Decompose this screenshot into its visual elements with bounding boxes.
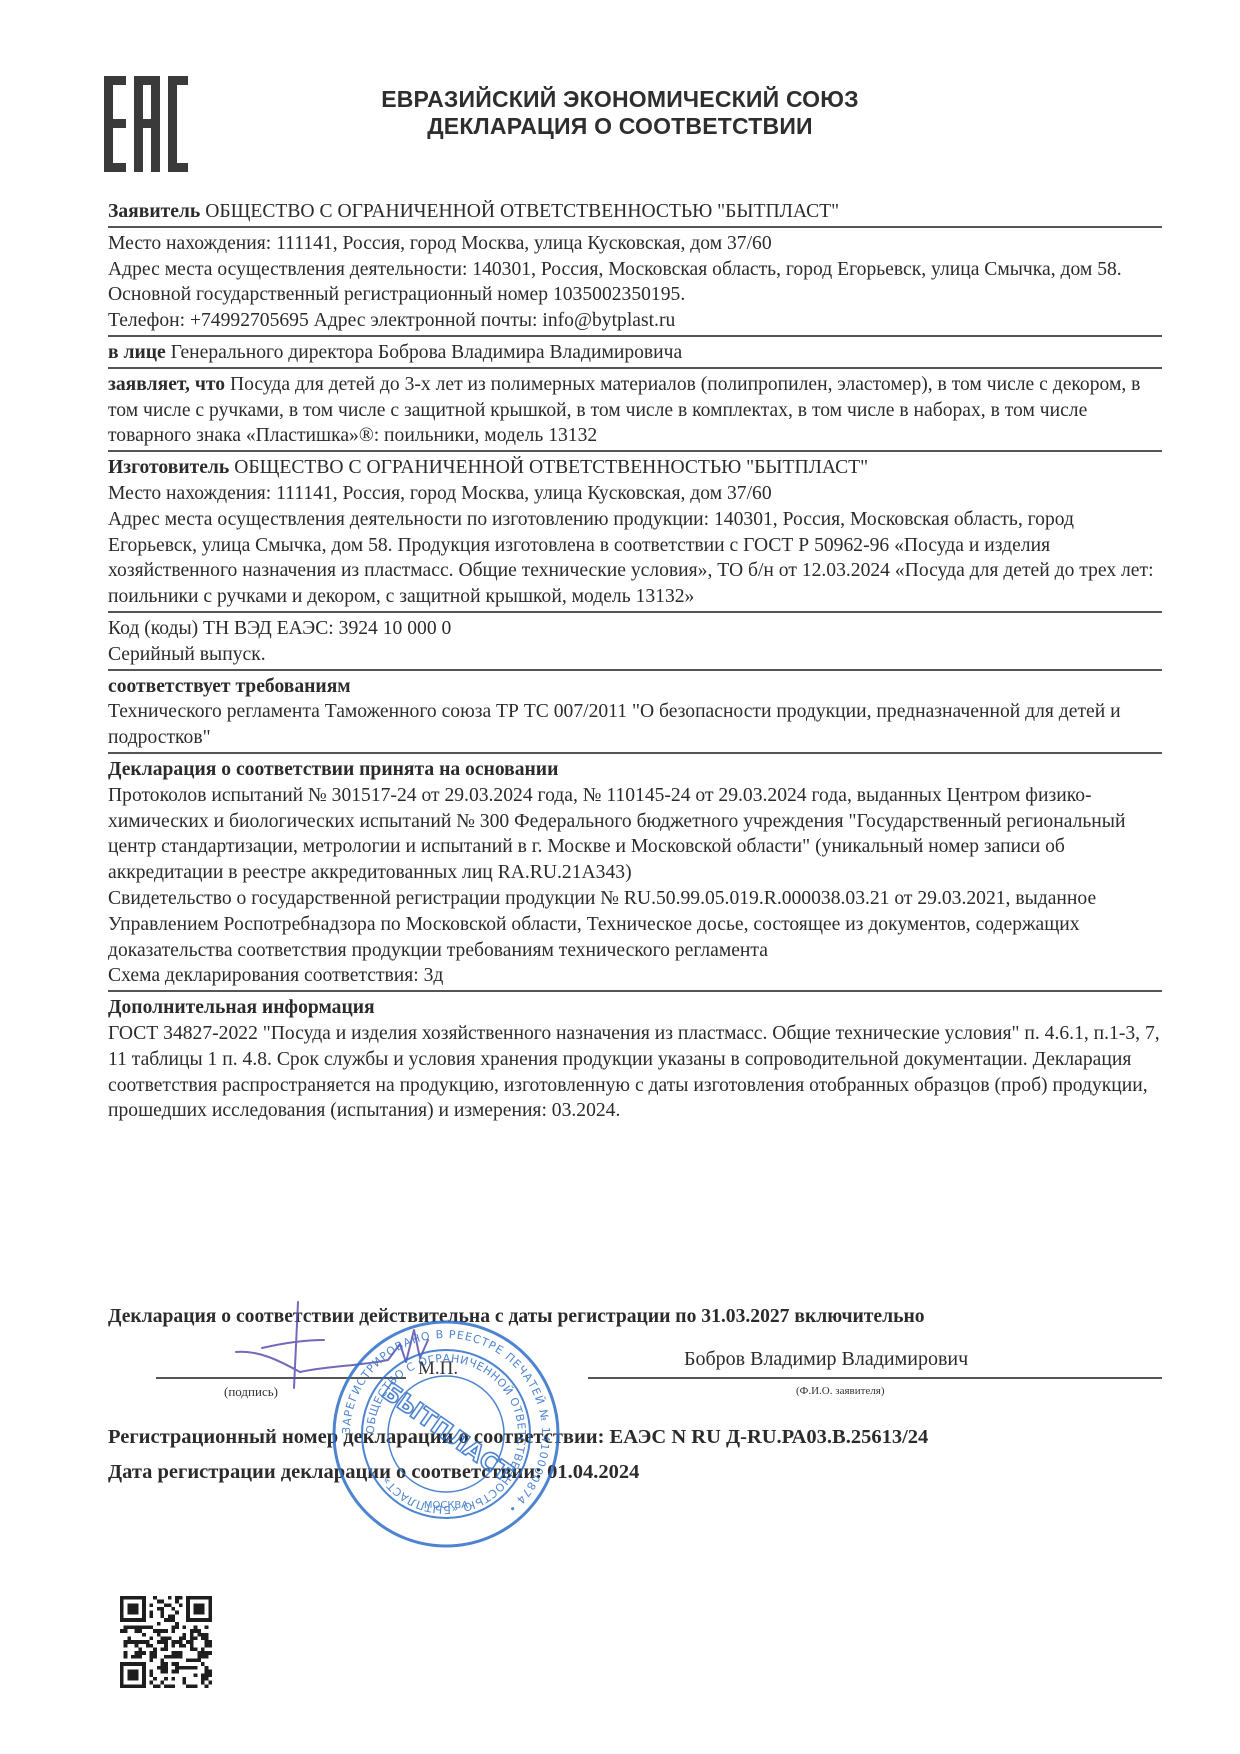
codes-section: Код (коды) ТН ВЭД ЕАЭС: 3924 10 000 0 Се…: [108, 616, 1162, 671]
applicant-ogrn: Основной государственный регистрационный…: [108, 282, 1162, 308]
manufacturer-name: ОБЩЕСТВО С ОГРАНИЧЕННОЙ ОТВЕТСТВЕННОСТЬЮ…: [229, 457, 868, 478]
document-title: ДЕКЛАРАЦИЯ О СООТВЕТСТВИИ: [300, 113, 940, 140]
declaration-scheme: Схема декларирования соответствия: 3д: [108, 963, 1162, 989]
svg-text:МОСКВА: МОСКВА: [424, 1500, 468, 1511]
document-header: ЕВРАЗИЙСКИЙ ЭКОНОМИЧЕСКИЙ СОЮЗ ДЕКЛАРАЦИ…: [300, 86, 940, 140]
union-title: ЕВРАЗИЙСКИЙ ЭКОНОМИЧЕСКИЙ СОЮЗ: [300, 86, 940, 113]
signer-name-line: [588, 1377, 1162, 1379]
additional-info-label: Дополнительная информация: [108, 995, 1162, 1021]
declaration-page: ЕВРАЗИЙСКИЙ ЭКОНОМИЧЕСКИЙ СОЮЗ ДЕКЛАРАЦИ…: [0, 0, 1240, 1754]
represented-by-label: в лице: [108, 342, 166, 363]
registration-certificate: Свидетельство о государственной регистра…: [108, 886, 1162, 963]
applicant-activity-address: Адрес места осуществления деятельности: …: [108, 257, 1162, 283]
represented-by-text: Генерального директора Боброва Владимира…: [166, 342, 682, 363]
registration-number: Регистрационный номер декларации о соотв…: [108, 1426, 928, 1449]
compliance-label: соответствует требованиям: [108, 674, 1162, 700]
basis-label: Декларация о соответствии принята на осн…: [108, 757, 1162, 783]
applicant-location: Место нахождения: 111141, Россия, город …: [108, 231, 1162, 257]
declares-section: заявляет, что Посуда для детей до 3-х ле…: [108, 372, 1162, 452]
declaration-body: Заявитель ОБЩЕСТВО С ОГРАНИЧЕННОЙ ОТВЕТС…: [108, 199, 1162, 1128]
seal-label: М.П.: [418, 1358, 458, 1380]
declares-label: заявляет, что: [108, 374, 225, 395]
compliance-section: соответствует требованиям Технического р…: [108, 674, 1162, 754]
registration-date: Дата регистрации декларации о соответств…: [108, 1461, 639, 1484]
additional-info-section: Дополнительная информация ГОСТ 34827-202…: [108, 995, 1162, 1125]
additional-info-text: ГОСТ 34827-2022 "Посуда и изделия хозяйс…: [108, 1021, 1162, 1124]
applicant-name: ОБЩЕСТВО С ОГРАНИЧЕННОЙ ОТВЕТСТВЕННОСТЬЮ…: [200, 201, 839, 222]
represented-by-section: в лице Генерального директора Боброва Вл…: [108, 340, 1162, 369]
signature-caption: (подпись): [224, 1384, 278, 1400]
manufacturer-production-address: Адрес места осуществления деятельности п…: [108, 507, 1162, 610]
eac-logo-icon: [104, 76, 188, 172]
test-protocols: Протоколов испытаний № 301517-24 от 29.0…: [108, 783, 1162, 886]
tnved-code: Код (коды) ТН ВЭД ЕАЭС: 3924 10 000 0: [108, 616, 1162, 642]
signer-name: Бобров Владимир Владимирович: [684, 1348, 968, 1371]
applicant-contacts: Телефон: +74992705695 Адрес электронной …: [108, 308, 1162, 334]
signer-caption: (Ф.И.О. заявителя): [796, 1385, 885, 1397]
release-type: Серийный выпуск.: [108, 642, 1162, 668]
basis-section: Декларация о соответствии принята на осн…: [108, 757, 1162, 992]
manufacturer-section: Изготовитель ОБЩЕСТВО С ОГРАНИЧЕННОЙ ОТВ…: [108, 455, 1162, 613]
signature-line: [156, 1377, 406, 1379]
compliance-regulation: Технического регламента Таможенного союз…: [108, 699, 1162, 751]
signature-row: М.П. (подпись) Бобров Владимир Владимиро…: [156, 1346, 1162, 1396]
validity-statement: Декларация о соответствии действительна …: [108, 1306, 925, 1328]
applicant-name-section: Заявитель ОБЩЕСТВО С ОГРАНИЧЕННОЙ ОТВЕТС…: [108, 199, 1162, 228]
qr-code-icon[interactable]: [120, 1596, 212, 1688]
manufacturer-label: Изготовитель: [108, 457, 229, 478]
applicant-label: Заявитель: [108, 201, 200, 222]
manufacturer-location: Место нахождения: 111141, Россия, город …: [108, 481, 1162, 507]
applicant-details-section: Место нахождения: 111141, Россия, город …: [108, 231, 1162, 337]
product-description: Посуда для детей до 3-х лет из полимерны…: [108, 374, 1140, 447]
